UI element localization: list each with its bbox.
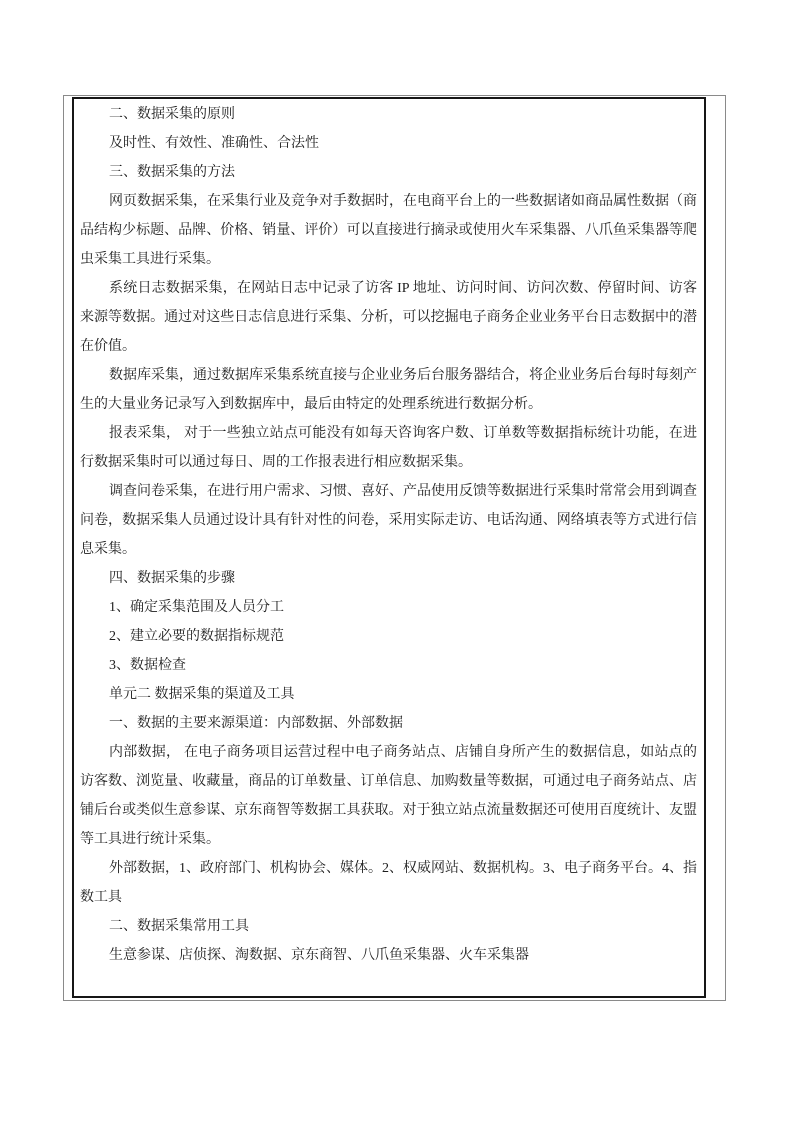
heading-data-collection-methods: 三、数据采集的方法 xyxy=(80,158,697,187)
heading-unit-2-channels-tools: 单元二 数据采集的渠道及工具 xyxy=(80,680,697,709)
line-survey-collection: 息采集。 xyxy=(80,535,697,564)
line-internal-data: 内部数据， 在电子商务项目运营过程中电子商务站点、店铺自身所产生的数据信息，如站… xyxy=(80,738,697,767)
line-web-data-collection: 网页数据采集，在采集行业及竞争对手数据时，在电商平台上的一些数据诸如商品属性数据… xyxy=(80,187,697,216)
line-database-collection: 数据库采集，通过数据库采集系统直接与企业业务后台服务器结合，将企业业务后台每时每… xyxy=(80,361,697,390)
line-report-collection: 行数据采集时可以通过每日、周的工作报表进行相应数据采集。 xyxy=(80,448,697,477)
line-system-log-collection: 系统日志数据采集，在网站日志中记录了访客 IP 地址、访问时间、访问次数、停留时… xyxy=(80,274,697,303)
line-external-data: 数工具 xyxy=(80,883,697,912)
line-report-collection: 报表采集， 对于一些独立站点可能没有如每天咨询客户数、订单数等数据指标统计功能，… xyxy=(80,419,697,448)
line-system-log-collection: 来源等数据。通过对这些日志信息进行采集、分析，可以挖掘电子商务企业业务平台日志数… xyxy=(80,303,697,332)
line-database-collection: 生的大量业务记录写入到数据库中，最后由特定的处理系统进行数据分析。 xyxy=(80,390,697,419)
line-web-data-collection: 品结构少标题、品牌、价格、销量、评价）可以直接进行摘录或使用火车采集器、八爪鱼采… xyxy=(80,216,697,245)
heading-data-source-channels: 一、数据的主要来源渠道：内部数据、外部数据 xyxy=(80,709,697,738)
line-survey-collection: 调查问卷采集，在进行用户需求、习惯、喜好、产品使用反馈等数据进行采集时常常会用到… xyxy=(80,477,697,506)
line-system-log-collection: 在价值。 xyxy=(80,332,697,361)
line-step-2: 2、建立必要的数据指标规范 xyxy=(80,622,697,651)
line-internal-data: 铺后台或类似生意参谋、京东商智等数据工具获取。对于独立站点流量数据还可使用百度统… xyxy=(80,796,697,825)
line-tools-list: 生意参谋、店侦探、淘数据、京东商智、八爪鱼采集器、火车采集器 xyxy=(80,941,697,970)
content-cell: 二、数据采集的原则 及时性、有效性、准确性、合法性 三、数据采集的方法 网页数据… xyxy=(72,97,706,998)
document-page: 二、数据采集的原则 及时性、有效性、准确性、合法性 三、数据采集的方法 网页数据… xyxy=(0,0,793,1122)
line-internal-data: 等工具进行统计采集。 xyxy=(80,825,697,854)
heading-common-tools: 二、数据采集常用工具 xyxy=(80,912,697,941)
line-step-1: 1、确定采集范围及人员分工 xyxy=(80,593,697,622)
line-web-data-collection: 虫采集工具进行采集。 xyxy=(80,245,697,274)
line-external-data: 外部数据，1、政府部门、机构协会、媒体。2、权威网站、数据机构。3、电子商务平台… xyxy=(80,854,697,883)
line-principles-list: 及时性、有效性、准确性、合法性 xyxy=(80,129,697,158)
heading-data-collection-principles: 二、数据采集的原则 xyxy=(80,100,697,129)
line-survey-collection: 问卷，数据采集人员通过设计具有针对性的问卷，采用实际走访、电话沟通、网络填表等方… xyxy=(80,506,697,535)
line-step-3: 3、数据检查 xyxy=(80,651,697,680)
line-internal-data: 访客数、浏览量、收藏量，商品的订单数量、订单信息、加购数量等数据，可通过电子商务… xyxy=(80,767,697,796)
heading-data-collection-steps: 四、数据采集的步骤 xyxy=(80,564,697,593)
